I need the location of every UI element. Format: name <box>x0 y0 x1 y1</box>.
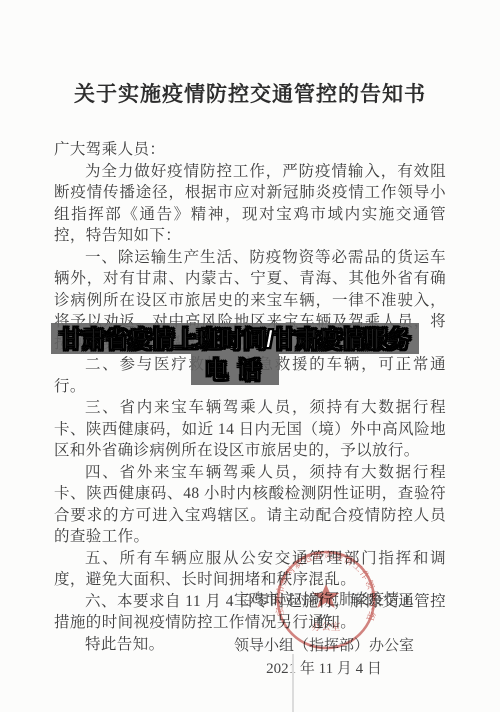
signature-org-line2: 领导小组（指挥部）办公室 <box>229 635 419 658</box>
notice-body: 广大驾乘人员： 为全力做好疫情防控工作，严防疫情输入，有效阻断疫情传播途径，根据… <box>54 139 446 655</box>
caption-line-1: 甘肃省疫情上班时间/甘肃疫情服务 <box>51 323 418 354</box>
notice-paragraph: 四、省外来宝车辆驾乘人员，须持有大数据行程卡、陕西健康码、48 小时内核酸检测阴… <box>54 462 446 548</box>
notice-paragraph: 为全力做好疫情防控工作，严防疫情输入，有效阻断疫情传播途径，根据市应对新冠肺炎疫… <box>54 161 446 247</box>
signature-block: 宝鸡市应对新冠肺炎疫情工作 领导小组（指挥部）办公室 2021 年 11 月 4… <box>229 589 419 681</box>
caption-overlay: 甘肃省疫情上班时间/甘肃疫情服务 电话 <box>0 323 470 385</box>
signature-date: 2021 年 11 月 4 日 <box>229 658 419 681</box>
notice-paragraph: 三、省内来宝车辆驾乘人员，须持有大数据行程卡、陕西健康码，如近 14 日内无国（… <box>54 397 446 462</box>
signature-org-line1: 宝鸡市应对新冠肺炎疫情工作 <box>229 589 419 635</box>
notice-page: 关于实施疫情防控交通管控的告知书 广大驾乘人员： 为全力做好疫情防控工作，严防疫… <box>0 0 500 712</box>
notice-title: 关于实施疫情防控交通管控的告知书 <box>0 0 500 108</box>
notice-paragraph: 五、所有车辆应服从公安交通管理部门指挥和调度，避免大面积、长时间拥堵和秩序混乱。 <box>54 548 446 591</box>
notice-salutation: 广大驾乘人员： <box>54 139 446 161</box>
paper-crease-line <box>292 654 294 712</box>
caption-line-2: 电话 <box>191 354 279 385</box>
